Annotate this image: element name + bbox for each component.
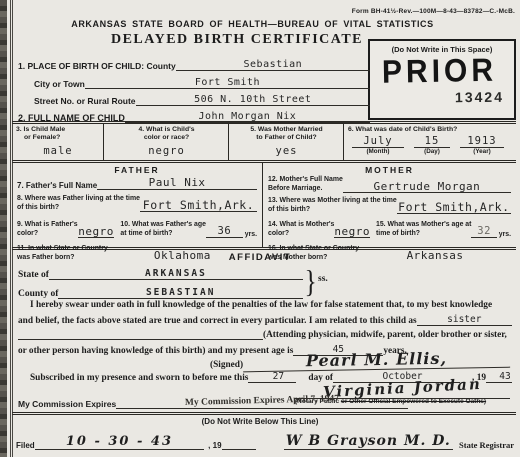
q3-label-2: or Female?	[16, 134, 60, 141]
affiant-signature: Pearl M. Ellis,	[243, 350, 510, 372]
signed-row: (Signed) Pearl M. Ellis,	[210, 352, 510, 370]
do-not-write-below: (Do Not Write Below This Line)	[0, 417, 520, 426]
father-age-units: yrs.	[243, 231, 257, 238]
subscribed-text: Subscribed in my presence and sworn to b…	[18, 373, 248, 383]
ss-brace: }	[305, 263, 317, 300]
affidavit-line-2-text: and belief, the facts above stated are t…	[18, 316, 417, 326]
state-of-row: State of ARKANSAS	[18, 264, 303, 280]
year-caption: (Year)	[460, 148, 504, 155]
mother-age-units: yrs.	[497, 231, 511, 238]
street-row: Street No. or Rural Route 506 N. 10th St…	[34, 91, 370, 106]
city-value: Fort Smith	[85, 78, 370, 90]
race-cell: 4. What is Child's color or race? negro	[104, 124, 229, 160]
birth-day-value: 15	[414, 135, 450, 148]
registrar-label: State Registrar	[453, 440, 514, 450]
certificate-number-stamp: 13424	[455, 89, 504, 105]
father-residence-row: 8. Where was Father living at the timeof…	[17, 195, 257, 212]
q13-label: 13. Where was Mother living at the timeo…	[268, 197, 397, 214]
mother-color-age-row: 14. What is Mother'scolor? negro 15. Wha…	[268, 221, 511, 238]
state-of-label: State of	[18, 270, 49, 280]
race-value: negro	[108, 145, 225, 157]
mother-color-value: negro	[334, 226, 370, 239]
mother-name-row: 12. Mother's Full NameBefore Marriage. G…	[268, 176, 511, 193]
form-number: Form BH-41½-Rev.—100M—8-43—83782—C.-McB.	[352, 8, 515, 15]
sworn-day-value: 27	[248, 372, 296, 383]
affidavit-line-3-text: (Attending physician, midwife, parent, o…	[263, 330, 507, 340]
q4-label-1: 4. What is Child's	[139, 126, 195, 133]
father-header: FATHER	[12, 163, 262, 175]
county-of-value: SEBASTIAN	[58, 288, 303, 299]
month-caption: (Month)	[352, 148, 404, 155]
q1-label: 1. PLACE OF BIRTH OF CHILD: County	[18, 61, 176, 71]
street-value: 506 N. 10th Street	[136, 95, 370, 107]
sex-cell: 3. Is Child Male or Female? male	[12, 124, 104, 160]
mother-name-value: Gertrude Morgan	[343, 181, 511, 194]
q5-label-2: to Father of Child?	[256, 134, 316, 141]
commission-stamp: My Commission Expires April 7, 1947	[185, 395, 339, 409]
county-value: Sebastian	[176, 60, 370, 72]
child-info-grid: 3. Is Child Male or Female? male 4. What…	[12, 121, 516, 163]
birth-year-value: 1913	[460, 135, 504, 148]
mother-married-cell: 5. Was Mother Married to Father of Child…	[229, 124, 344, 160]
board-of-health-line: ARKANSAS STATE BOARD OF HEALTH—BUREAU OF…	[0, 19, 505, 29]
page-binding-edge	[0, 0, 7, 457]
county-of-row: County of SEBASTIAN	[18, 283, 303, 299]
q5-label-1: 5. Was Mother Married	[250, 126, 322, 133]
father-residence-value: Fort Smith,Ark.	[140, 199, 257, 212]
mother-residence-row: 13. Where was Mother living at the timeo…	[268, 197, 511, 214]
relation-value: sister	[417, 315, 512, 326]
registrar-signature: W B Grayson M. D.	[284, 434, 454, 450]
filed-label: Filed	[16, 441, 35, 450]
mother-column: MOTHER 12. Mother's Full NameBefore Marr…	[263, 163, 516, 247]
q9-label: 9. What is Father'scolor?	[17, 221, 78, 238]
q14-label: 14. What is Mother'scolor?	[268, 221, 334, 238]
street-label: Street No. or Rural Route	[34, 96, 136, 106]
q12-label: 12. Mother's Full NameBefore Marriage.	[268, 176, 343, 193]
parents-section: FATHER 7. Father's Full Name Paul Nix 8.…	[12, 163, 516, 250]
mother-header: MOTHER	[263, 163, 516, 175]
birth-date-cell: 6. What was date of Child's Birth? July …	[344, 124, 516, 160]
sex-value: male	[16, 145, 100, 157]
day-caption: (Day)	[414, 148, 450, 155]
father-color-value: negro	[78, 226, 115, 239]
delayed-birth-certificate: Form BH-41½-Rev.—100M—8-43—83782—C.-McB.…	[0, 0, 520, 457]
place-of-birth-county-row: 1. PLACE OF BIRTH OF CHILD: County Sebas…	[18, 56, 370, 71]
mother-residence-value: Fort Smith,Ark.	[397, 201, 511, 214]
mother-age-value: 32	[471, 226, 496, 238]
filed-year-prefix: , 19	[204, 441, 221, 450]
prior-stamp: PRIOR	[382, 53, 498, 92]
father-name-row: 7. Father's Full Name Paul Nix	[17, 177, 257, 190]
bottom-rule	[12, 412, 516, 415]
affidavit-line-1: I hereby swear under oath in full knowle…	[18, 300, 512, 310]
q3-label-1: 3. Is Child Male	[16, 126, 65, 133]
ss-label: ss.	[318, 274, 328, 284]
father-name-value: Paul Nix	[97, 177, 257, 190]
q15-label: 15. What was Mother's age attime of birt…	[370, 221, 471, 238]
q4-label-2: color or race?	[144, 134, 189, 141]
q6-label: 6. What was date of Child's Birth?	[348, 126, 513, 134]
q8-label: 8. Where was Father living at the timeof…	[17, 195, 140, 212]
affidavit-line-2: and belief, the facts above stated are t…	[18, 315, 512, 326]
married-value: yes	[233, 145, 340, 157]
affidavit-header: AFFIDAVIT	[0, 252, 520, 263]
county-of-label: County of	[18, 289, 58, 299]
father-column: FATHER 7. Father's Full Name Paul Nix 8.…	[12, 163, 263, 247]
filed-date-value: 10 - 30 - 43	[35, 435, 205, 450]
commission-row: My Commission Expires My Commission Expi…	[18, 396, 408, 409]
q7-label: 7. Father's Full Name	[17, 181, 97, 190]
city-row: City or Town Fort Smith	[34, 74, 370, 89]
city-label: City or Town	[34, 79, 85, 89]
do-not-write-box: (Do Not Write in This Space) PRIOR 13424	[368, 39, 516, 120]
q10-label: 10. What was Father's ageat time of birt…	[114, 221, 206, 238]
father-color-age-row: 9. What is Father'scolor? negro 10. What…	[17, 221, 257, 238]
father-age-value: 36	[206, 226, 243, 238]
commission-label: My Commission Expires	[18, 399, 116, 409]
signed-label: (Signed)	[210, 360, 243, 370]
filed-row: Filed 10 - 30 - 43 , 19 W B Grayson M. D…	[16, 430, 514, 450]
birth-month-value: July	[352, 135, 404, 148]
affidavit-line-3: (Attending physician, midwife, parent, o…	[18, 330, 512, 340]
state-of-value: ARKANSAS	[49, 269, 303, 280]
